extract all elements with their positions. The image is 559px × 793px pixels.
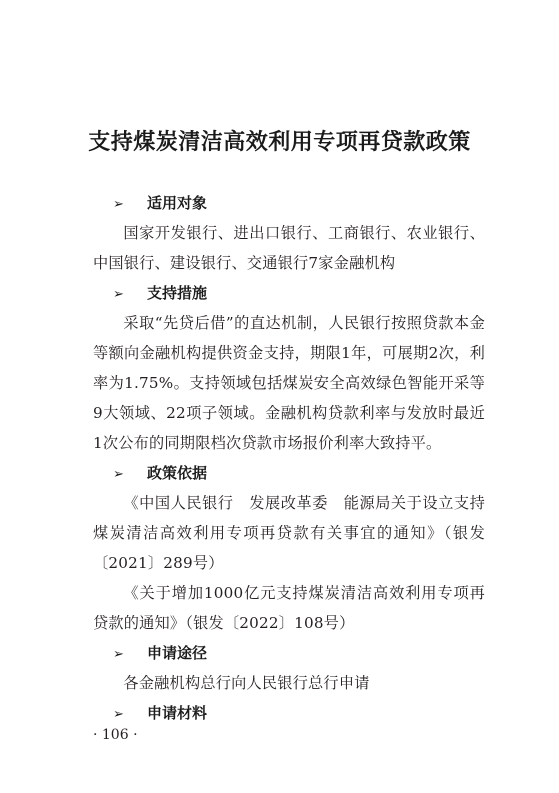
arrow-bullet-icon: ➢ bbox=[113, 640, 147, 670]
arrow-bullet-icon: ➢ bbox=[113, 280, 147, 310]
page-title: 支持煤炭清洁高效利用专项再贷款政策 bbox=[0, 125, 559, 156]
heading-label: 适用对象 bbox=[147, 194, 207, 212]
paragraph: 国家开发银行、进出口银行、工商银行、农业银行、中国银行、建设银行、交通银行7家金… bbox=[93, 218, 485, 278]
section-heading-policy-basis: ➢政策依据 bbox=[93, 458, 485, 488]
section-heading-support-measures: ➢支持措施 bbox=[93, 278, 485, 308]
heading-label: 申请材料 bbox=[147, 704, 207, 722]
page-number: · 106 · bbox=[93, 727, 138, 743]
paragraph: 各金融机构总行向人民银行总行申请 bbox=[93, 668, 485, 698]
section-heading-application-channel: ➢申请途径 bbox=[93, 638, 485, 668]
paragraph: 采取“先贷后借”的直达机制，人民银行按照贷款本金等额向金融机构提供资金支持，期限… bbox=[93, 308, 485, 458]
heading-label: 申请途径 bbox=[147, 644, 207, 662]
arrow-bullet-icon: ➢ bbox=[113, 190, 147, 220]
paragraph: 《关于增加1000亿元支持煤炭清洁高效利用专项再贷款的通知》（银发〔2022〕1… bbox=[93, 578, 485, 638]
document-page: 支持煤炭清洁高效利用专项再贷款政策 ➢适用对象 国家开发银行、进出口银行、工商银… bbox=[0, 0, 559, 793]
heading-label: 支持措施 bbox=[147, 284, 207, 302]
document-body: ➢适用对象 国家开发银行、进出口银行、工商银行、农业银行、中国银行、建设银行、交… bbox=[93, 188, 485, 728]
paragraph: 《中国人民银行 发展改革委 能源局关于设立支持煤炭清洁高效利用专项再贷款有关事宜… bbox=[93, 488, 485, 578]
arrow-bullet-icon: ➢ bbox=[113, 460, 147, 490]
heading-label: 政策依据 bbox=[147, 464, 207, 482]
arrow-bullet-icon: ➢ bbox=[113, 700, 147, 730]
section-heading-application-materials: ➢申请材料 bbox=[93, 698, 485, 728]
section-heading-applicable-targets: ➢适用对象 bbox=[93, 188, 485, 218]
